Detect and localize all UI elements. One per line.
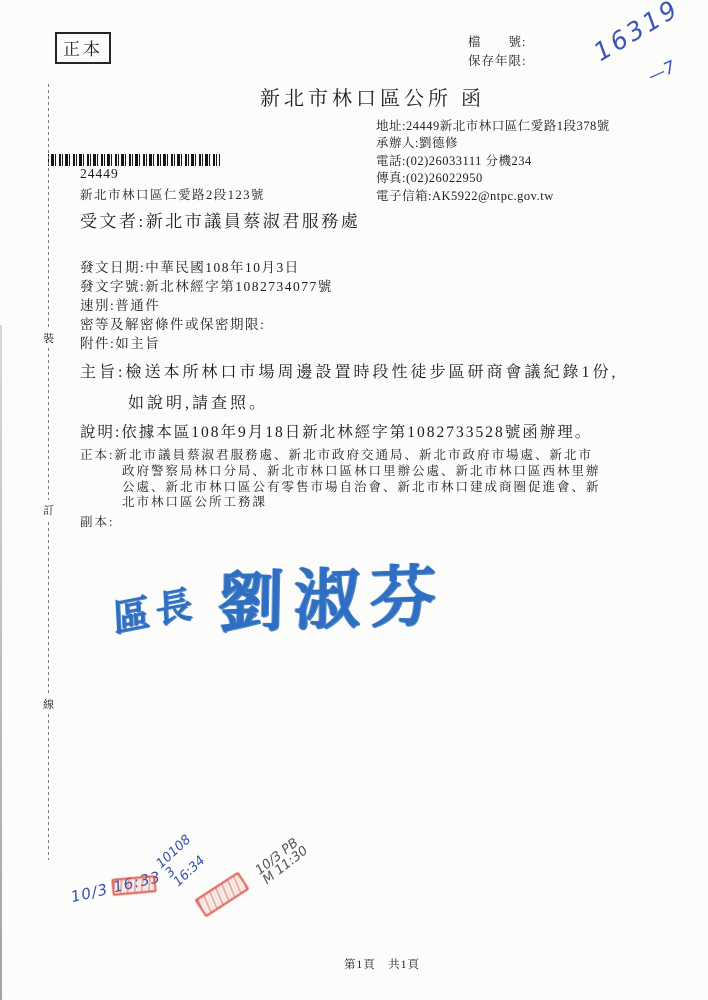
page-footer: 第1頁 共1頁 bbox=[28, 956, 708, 972]
handwritten-receipt-note-2: 10108 3 16:34 bbox=[155, 834, 211, 890]
stamp-title: 區長 bbox=[112, 572, 199, 643]
sender-fax: 傳真:(02)26022950 bbox=[376, 170, 610, 187]
district-chief-signature-stamp: 區長 劉淑芬 bbox=[110, 542, 447, 649]
sender-phone: 電話:(02)26033111 分機234 bbox=[376, 153, 610, 170]
meta-speed-class: 速別:普通件 bbox=[80, 296, 333, 315]
recipient-address: 新北市林口區仁愛路2段123號 bbox=[80, 185, 265, 203]
handwritten-receipt-note-3: 10/3 PB M 11:30 bbox=[254, 835, 310, 886]
meta-doc-number: 發文字號:新北林經字第1082734077號 bbox=[80, 277, 333, 296]
sender-contact-block: 地址:24449新北市林口區仁愛路1段378號 承辦人:劉德修 電話:(02)2… bbox=[376, 118, 610, 205]
recipient-line: 受文者:新北市議員蔡淑君服務處 bbox=[80, 207, 360, 232]
recipient-zipcode: 24449 bbox=[80, 166, 119, 182]
scan-edge-artifact bbox=[0, 325, 2, 1000]
copy-label-box: 正本 bbox=[55, 32, 111, 64]
subject-line-1: 主旨:檢送本所林口市場周邊設置時段性徒步區研商會議紀錄1份, bbox=[80, 359, 618, 382]
margin-char-ding: 訂 bbox=[40, 500, 57, 520]
scanned-official-letter: 正本 檔 號: 保存年限: 16319 —7 新北市林口區公所 函 地址:244… bbox=[0, 0, 708, 1000]
original-copy-line: 正本:新北市議員蔡淑君服務處、新北市政府交通局、新北市政府市場處、新北市 bbox=[80, 448, 601, 464]
red-name-stamp-1 bbox=[111, 875, 156, 896]
meta-security-class: 密等及解密條件或保密期限: bbox=[80, 315, 333, 334]
retention-label: 保存年限: bbox=[468, 52, 526, 71]
description-line: 說明:依據本區108年9月18日新北林經字第1082733528號函辦理。 bbox=[80, 420, 592, 442]
meta-issue-date: 發文日期:中華民國108年10月3日 bbox=[80, 258, 333, 277]
sender-officer: 承辦人:劉德修 bbox=[376, 135, 610, 152]
copy-to-label: 副本: bbox=[80, 512, 114, 530]
red-name-stamp-2 bbox=[194, 872, 249, 918]
handwritten-file-number-suffix: —7 bbox=[645, 57, 679, 87]
original-copy-line: 北市林口區公所工務課 bbox=[122, 495, 601, 511]
margin-char-xian: 線 bbox=[40, 694, 57, 714]
original-copy-line: 公處、新北市林口區公有零售市場自治會、新北市林口建成商圈促進會、新 bbox=[122, 480, 601, 496]
stamp-name: 劉淑芬 bbox=[217, 542, 447, 645]
document-title: 新北市林口區公所 函 bbox=[260, 82, 485, 111]
original-copy-line: 政府警察局林口分局、新北市林口區林口里辦公處、新北市林口區西林里辦 bbox=[122, 464, 601, 480]
subject-line-2: 如說明,請查照。 bbox=[128, 390, 268, 413]
filing-block: 檔 號: 保存年限: bbox=[468, 33, 526, 71]
sender-address: 地址:24449新北市林口區仁愛路1段378號 bbox=[376, 118, 610, 135]
meta-attachment: 附件:如主旨 bbox=[80, 334, 333, 353]
binding-margin-line bbox=[48, 84, 49, 860]
file-no-label: 檔 號: bbox=[468, 33, 526, 52]
margin-char-zhuang: 裝 bbox=[40, 328, 57, 348]
document-meta-block: 發文日期:中華民國108年10月3日 發文字號:新北林經字第1082734077… bbox=[80, 258, 333, 353]
original-copy-list: 正本:新北市議員蔡淑君服務處、新北市政府交通局、新北市政府市場處、新北市 政府警… bbox=[80, 448, 601, 511]
mailing-barcode bbox=[48, 154, 220, 166]
sender-email: 電子信箱:AK5922@ntpc.gov.tw bbox=[376, 188, 610, 205]
